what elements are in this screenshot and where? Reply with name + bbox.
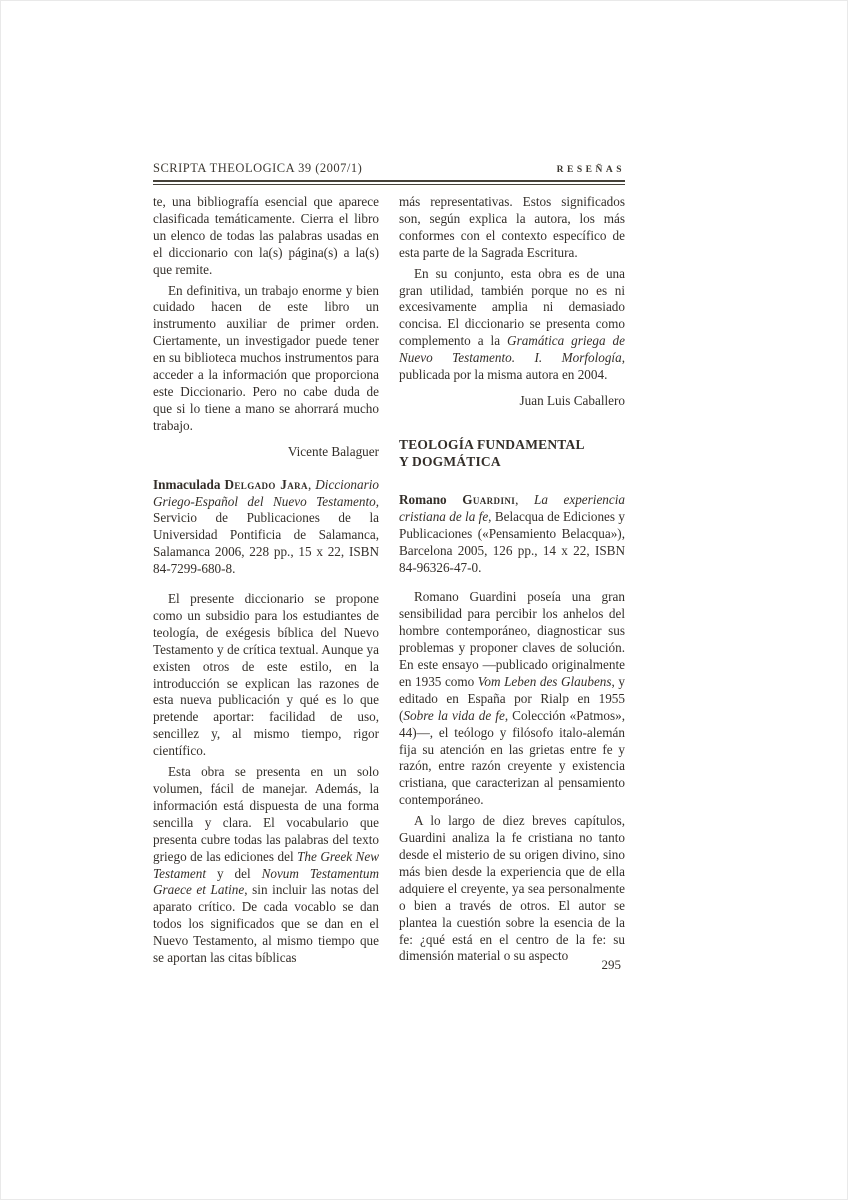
text-run: más representativas. Estos significados …: [399, 194, 625, 260]
text-run: Guardini: [462, 492, 515, 507]
review-paragraph: En definitiva, un trabajo enorme y bien …: [153, 283, 379, 435]
review-paragraph: Esta obra se presenta en un solo volumen…: [153, 764, 379, 967]
review-paragraph: más representativas. Estos significados …: [399, 194, 625, 262]
column-left: te, una bibliografía esencial que aparec…: [153, 194, 379, 967]
review-paragraph: En su conjunto, esta obra es de una gran…: [399, 266, 625, 384]
journal-page: SCRIPTA THEOLOGICA 39 (2007/1) RESEÑAS t…: [0, 0, 848, 1200]
text-run: En definitiva, un trabajo enorme y bien …: [153, 283, 379, 433]
text-run: Sobre la vida de fe: [403, 708, 504, 723]
review-paragraph: A lo largo de diez breves capítulos, Gua…: [399, 813, 625, 965]
book-citation: Inmaculada Delgado Jara, Diccionario Gri…: [153, 477, 379, 578]
text-run: Vom Leben des Glaubens: [478, 674, 612, 689]
reviewer-signature: Juan Luis Caballero: [399, 393, 625, 410]
column-right: más representativas. Estos significados …: [399, 194, 625, 965]
text-run: El presente diccionario se propone como …: [153, 591, 379, 758]
section-heading-line: Y DOGMÁTICA: [399, 453, 625, 471]
section-heading-line: TEOLOGÍA FUNDAMENTAL: [399, 436, 625, 454]
text-run: te, una bibliografía esencial que aparec…: [153, 194, 379, 277]
section-heading: TEOLOGÍA FUNDAMENTALY DOGMÁTICA: [399, 436, 625, 471]
reviewer-signature: Vicente Balaguer: [153, 444, 379, 461]
text-run: y del: [206, 866, 262, 881]
text-run: ,: [515, 492, 534, 507]
text-run: A lo largo de diez breves capítulos, Gua…: [399, 813, 625, 963]
journal-title: SCRIPTA THEOLOGICA 39 (2007/1): [153, 161, 362, 176]
review-paragraph: te, una bibliografía esencial que aparec…: [153, 194, 379, 279]
text-run: Inmaculada: [153, 477, 224, 492]
page-header: SCRIPTA THEOLOGICA 39 (2007/1) RESEÑAS: [153, 161, 625, 176]
book-citation: Romano Guardini, La experiencia cristian…: [399, 492, 625, 577]
header-section-label: RESEÑAS: [557, 165, 625, 175]
review-paragraph: Romano Guardini poseía una gran sensibil…: [399, 589, 625, 809]
review-paragraph: El presente diccionario se propone como …: [153, 591, 379, 760]
header-double-rule: [153, 180, 625, 185]
text-run: Delgado Jara: [224, 477, 307, 492]
text-run: Romano: [399, 492, 462, 507]
page-number: 295: [399, 957, 621, 973]
